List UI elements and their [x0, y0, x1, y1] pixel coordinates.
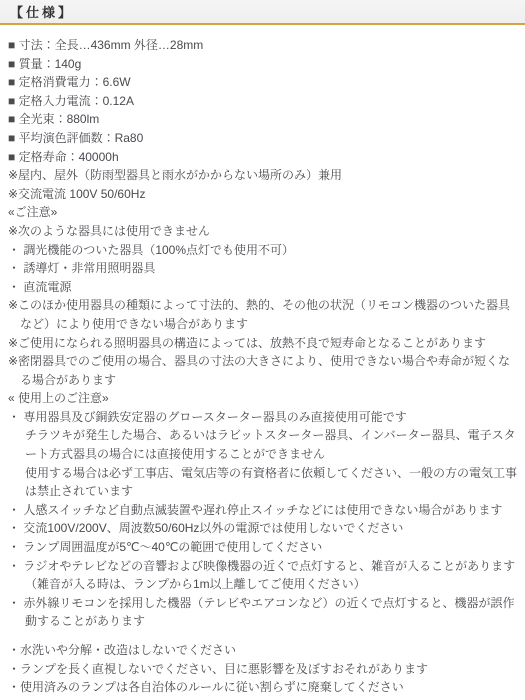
spec-line-weight: ■ 質量：140g — [8, 55, 519, 74]
spec-line-rated-life: ■ 定格寿命：40000h — [8, 148, 519, 167]
spec-line-dimensions: ■ 寸法：全長…436mm 外径…28mm — [8, 36, 519, 55]
usage-bullet-ir-remote: ・ 赤外線リモコンを採用した機器（テレビやエアコンなど）の近くで点灯すると、機器… — [8, 594, 519, 631]
spec-line-power-consumption: ■ 定格消費電力：6.6W — [8, 73, 519, 92]
caution-intro: ※次のような器具には使用できません — [8, 222, 519, 241]
usage-bullet-temperature-range: ・ ランプ周囲温度が5℃～40℃の範囲で使用してください — [8, 538, 519, 557]
usage-direct-use-electrician: 使用する場合は必ず工事店、電気店等の有資格者に依頼してください、一般の方の電気工… — [8, 464, 519, 501]
caution-bullet-dimmer: ・ 調光機能のついた器具（100%点灯でも使用不可） — [8, 241, 519, 260]
spec-content: ■ 寸法：全長…436mm 外径…28mm ■ 質量：140g ■ 定格消費電力… — [0, 25, 525, 697]
section-header: 【仕様】 — [0, 0, 525, 25]
spec-note-indoor-outdoor: ※屋内、屋外（防雨型器具と雨水がかからない場所のみ）兼用 — [8, 166, 519, 185]
handling-bullet-disposal: ・使用済みのランプは各自治体のルールに従い割らずに廃棄してください — [8, 678, 519, 697]
caution-note-enclosed-fixture: ※密閉器具でのご使用の場合、器具の寸法の大きさにより、使用できない場合や寿命が短… — [8, 352, 519, 389]
usage-bullet-direct-use: ・ 専用器具及び銅鉄安定器のグロースターター器具のみ直接使用可能です — [8, 408, 519, 427]
caution-note-fixture-type: ※このほか使用器具の種類によって寸法的、熱的、その他の状況（リモコン機器のついた… — [8, 296, 519, 333]
spec-line-luminous-flux: ■ 全光束：880lm — [8, 110, 519, 129]
spec-line-input-current: ■ 定格入力電流：0.12A — [8, 92, 519, 111]
section-title: 【仕様】 — [10, 2, 74, 21]
caution-bullet-dc-power: ・ 直流電源 — [8, 278, 519, 297]
handling-bullet-no-staring: ・ランプを長く直視しないでください、目に悪影響を及ぼすおそれがあります — [8, 660, 519, 679]
specification-document: 【仕様】 ■ 寸法：全長…436mm 外径…28mm ■ 質量：140g ■ 定… — [0, 0, 525, 700]
handling-section: ・水洗いや分解・改造はしないでください ・ランプを長く直視しないでください、目に… — [8, 641, 519, 697]
caution-bullet-emergency-light: ・ 誘導灯・非常用照明器具 — [8, 259, 519, 278]
spec-note-ac-voltage: ※交流電流 100V 50/60Hz — [8, 185, 519, 204]
handling-bullet-no-washing: ・水洗いや分解・改造はしないでください — [8, 641, 519, 660]
usage-bullet-voltage-frequency: ・ 交流100V/200V、周波数50/60Hz以外の電源では使用しないでくださ… — [8, 519, 519, 538]
usage-noise-note: （雑音が入る時は、ランプから1m以上離してご使用ください） — [8, 575, 519, 594]
usage-bullet-motion-sensor: ・ 人感スイッチなど自動点滅装置や遅れ停止スイッチなどには使用できない場合があり… — [8, 501, 519, 520]
usage-bullet-radio-noise: ・ ラジオやテレビなどの音響および映像機器の近くで点灯すると、雑音が入ることがあ… — [8, 557, 519, 576]
usage-heading: « 使用上のご注意» — [8, 389, 519, 408]
spec-line-color-rendering: ■ 平均演色評価数：Ra80 — [8, 129, 519, 148]
caution-note-heat-dissipation: ※ご使用になられる照明器具の構造によっては、放熱不良で短寿命となることがあります — [8, 334, 519, 353]
usage-direct-use-flicker: チラツキが発生した場合、あるいはラビットスターター器具、インバーター器具、電子ス… — [8, 426, 519, 463]
caution-heading: «ご注意» — [8, 203, 519, 222]
